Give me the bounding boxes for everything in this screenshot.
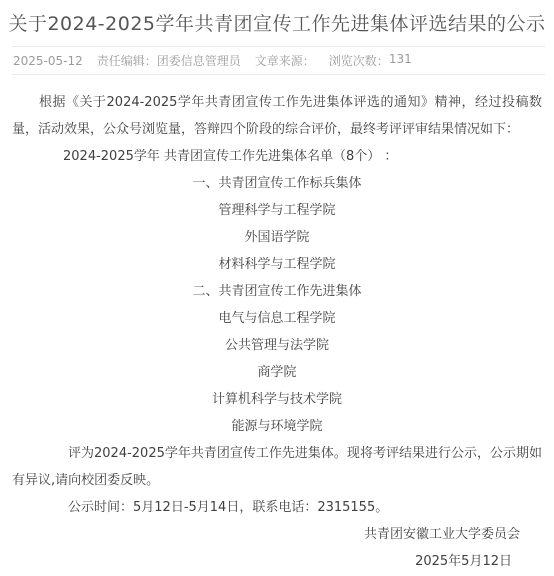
intro-paragraph: 根据《关于2024-2025学年共青团宣传工作先进集体评选的通知》精神，经过投稿… bbox=[12, 89, 542, 143]
source-field: 文章来源： bbox=[255, 52, 315, 69]
list-item: 管理科学与工程学院 bbox=[12, 197, 542, 224]
list-item: 电气与信息工程学院 bbox=[12, 305, 542, 332]
announcement-page: 关于2024-2025学年共青团宣传工作先进集体评选结果的公示 2025-05-… bbox=[0, 0, 554, 576]
group1-heading: 一、共青团宣传工作标兵集体 bbox=[12, 170, 542, 197]
editor-label: 责任编辑： bbox=[97, 52, 157, 69]
editor-field: 责任编辑：团委信息管理员 bbox=[97, 52, 241, 69]
list-title: 2024-2025学年 共青团宣传工作先进集体名单（8个） ： bbox=[12, 143, 542, 170]
views-value: 131 bbox=[389, 52, 412, 69]
article-body: 根据《关于2024-2025学年共青团宣传工作先进集体评选的通知》精神，经过投稿… bbox=[0, 75, 554, 575]
publish-date: 2025-05-12 bbox=[13, 54, 83, 68]
page-title: 关于2024-2025学年共青团宣传工作先进集体评选结果的公示 bbox=[0, 0, 554, 39]
list-item: 商学院 bbox=[12, 359, 542, 386]
closing-paragraph: 评为2024-2025学年共青团宣传工作先进集体。现将考评结果进行公示，公示期如… bbox=[12, 440, 542, 494]
views-label: 浏览次数： bbox=[329, 52, 389, 69]
source-label: 文章来源： bbox=[255, 52, 315, 69]
time-paragraph: 公示时间：5月12日-5月14日，联系电话：2315155。 bbox=[12, 494, 542, 521]
list-item: 公共管理与法学院 bbox=[12, 332, 542, 359]
list-item: 计算机科学与技术学院 bbox=[12, 386, 542, 413]
editor-value: 团委信息管理员 bbox=[157, 52, 241, 69]
signature-committee: 共青团安徽工业大学委员会 bbox=[12, 521, 542, 548]
article-meta: 2025-05-12 责任编辑：团委信息管理员 文章来源： 浏览次数：131 bbox=[0, 47, 554, 74]
list-item: 能源与环境学院 bbox=[12, 413, 542, 440]
signature-date: 2025年5月12日 bbox=[12, 548, 542, 575]
group2-heading: 二、共青团宣传工作先进集体 bbox=[12, 278, 542, 305]
list-item: 材料科学与工程学院 bbox=[12, 251, 542, 278]
views-field: 浏览次数：131 bbox=[329, 52, 412, 69]
list-item: 外国语学院 bbox=[12, 224, 542, 251]
